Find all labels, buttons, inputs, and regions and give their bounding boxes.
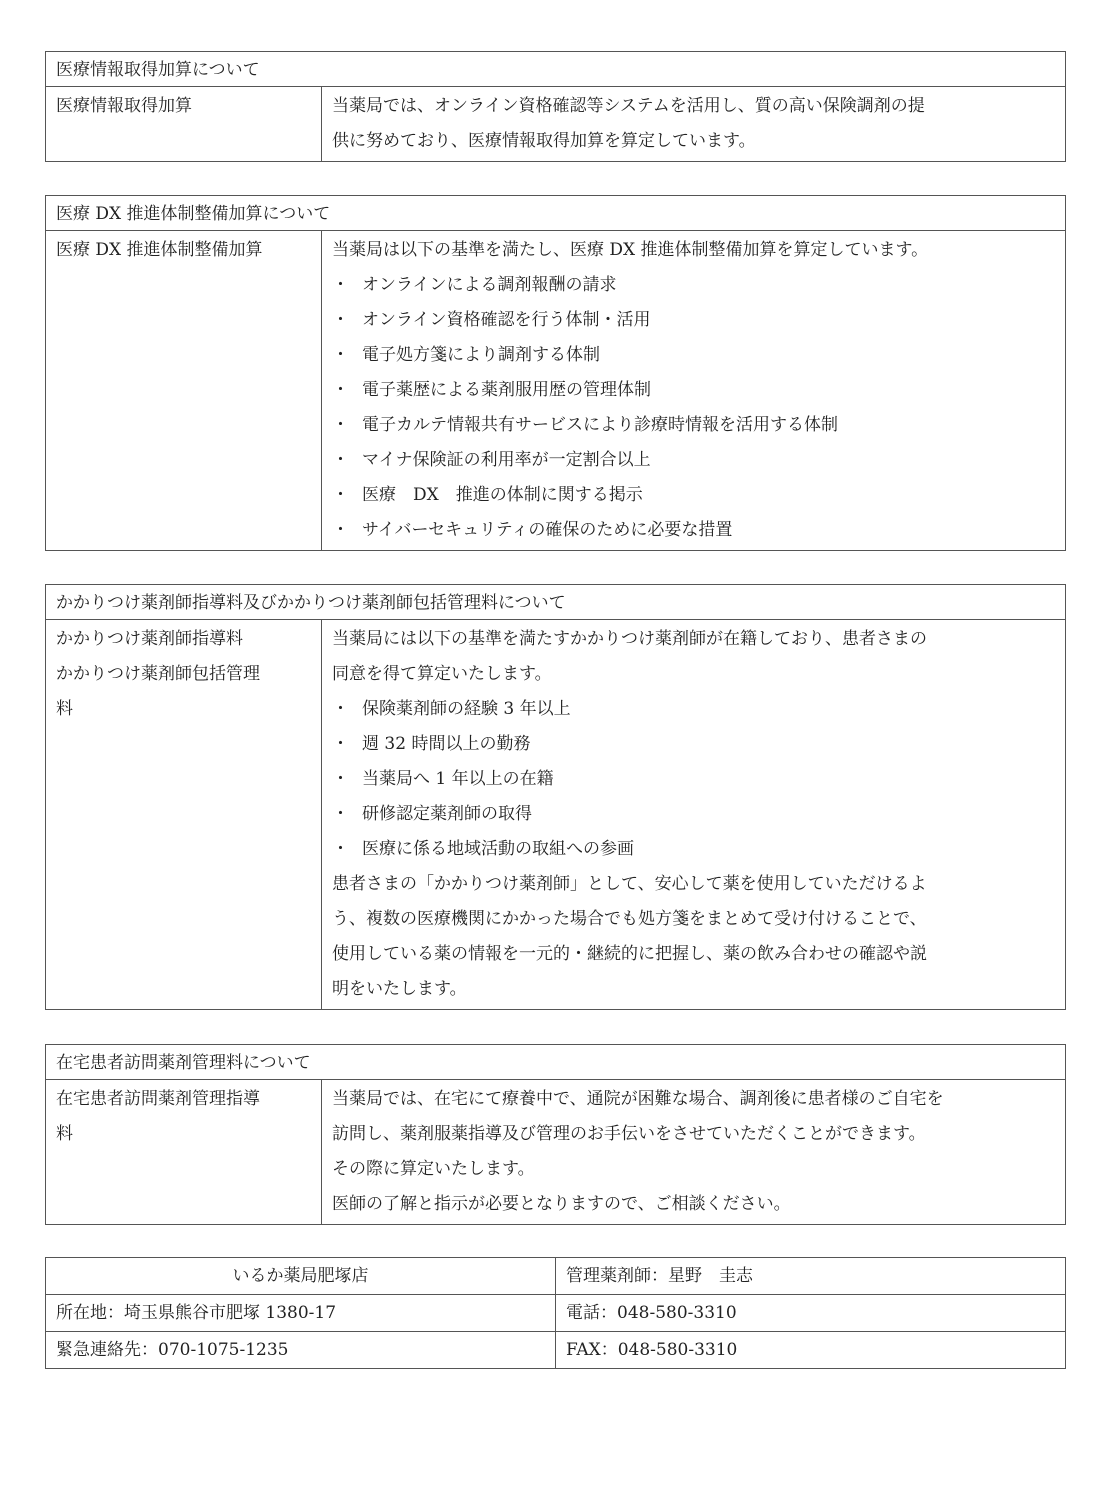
section-label: 医療 DX 推進体制整備加算 [46, 231, 322, 551]
section-family-pharmacist: かかりつけ薬剤師指導料及びかかりつけ薬剤師包括管理料について かかりつけ薬剤師指… [45, 584, 1066, 1010]
list-item: ・医療に係る地域活動の取組への参画 [332, 832, 1055, 867]
section-title: 医療情報取得加算について [46, 52, 1066, 87]
section-body: 当薬局では、オンライン資格確認等システムを活用し、質の高い保険調剤の提 供に努め… [322, 87, 1066, 162]
list-item: ・オンラインによる調剤報酬の請求 [332, 268, 1055, 303]
list-item: ・医療 DX 推進の体制に関する掲示 [332, 478, 1055, 513]
section-title: かかりつけ薬剤師指導料及びかかりつけ薬剤師包括管理料について [46, 585, 1066, 620]
list-item: ・オンライン資格確認を行う体制・活用 [332, 303, 1055, 338]
list-item: ・当薬局へ 1 年以上の在籍 [332, 762, 1055, 797]
list-item: ・電子薬歴による薬剤服用歴の管理体制 [332, 373, 1055, 408]
section-medical-info-acquisition: 医療情報取得加算について 医療情報取得加算 当薬局では、オンライン資格確認等シス… [45, 51, 1066, 162]
list-item: ・電子処方箋により調剤する体制 [332, 338, 1055, 373]
list-item: ・保険薬剤師の経験 3 年以上 [332, 692, 1055, 727]
pharmacy-emergency-contact: 緊急連絡先：070-1075-1235 [46, 1332, 556, 1369]
section-label: 医療情報取得加算 [46, 87, 322, 162]
pharmacy-address: 所在地：埼玉県熊谷市肥塚 1380-17 [46, 1295, 556, 1332]
pharmacy-manager: 管理薬剤師：星野 圭志 [556, 1258, 1066, 1295]
section-title: 在宅患者訪問薬剤管理料について [46, 1045, 1066, 1080]
list-item: ・サイバーセキュリティの確保のために必要な措置 [332, 513, 1055, 548]
pharmacy-name: いるか薬局肥塚店 [46, 1258, 556, 1295]
list-item: ・研修認定薬剤師の取得 [332, 797, 1055, 832]
section-label: 在宅患者訪問薬剤管理指導 料 [46, 1080, 322, 1225]
pharmacy-phone: 電話：048-580-3310 [556, 1295, 1066, 1332]
pharmacy-info-table: いるか薬局肥塚店 管理薬剤師：星野 圭志 所在地：埼玉県熊谷市肥塚 1380-1… [45, 1257, 1066, 1369]
section-body: 当薬局には以下の基準を満たすかかりつけ薬剤師が在籍しており、患者さまの 同意を得… [322, 620, 1066, 1010]
list-item: ・電子カルテ情報共有サービスにより診療時情報を活用する体制 [332, 408, 1055, 443]
section-medical-dx: 医療 DX 推進体制整備加算について 医療 DX 推進体制整備加算 当薬局は以下… [45, 195, 1066, 551]
section-home-visit: 在宅患者訪問薬剤管理料について 在宅患者訪問薬剤管理指導 料 当薬局では、在宅に… [45, 1044, 1066, 1225]
section-body: 当薬局では、在宅にて療養中で、通院が困難な場合、調剤後に患者様のご自宅を 訪問し… [322, 1080, 1066, 1225]
list-item: ・マイナ保険証の利用率が一定割合以上 [332, 443, 1055, 478]
section-title: 医療 DX 推進体制整備加算について [46, 196, 1066, 231]
section-body: 当薬局は以下の基準を満たし、医療 DX 推進体制整備加算を算定しています。 ・オ… [322, 231, 1066, 551]
pharmacy-fax: FAX：048-580-3310 [556, 1332, 1066, 1369]
list-item: ・週 32 時間以上の勤務 [332, 727, 1055, 762]
section-label: かかりつけ薬剤師指導料 かかりつけ薬剤師包括管理 料 [46, 620, 322, 1010]
